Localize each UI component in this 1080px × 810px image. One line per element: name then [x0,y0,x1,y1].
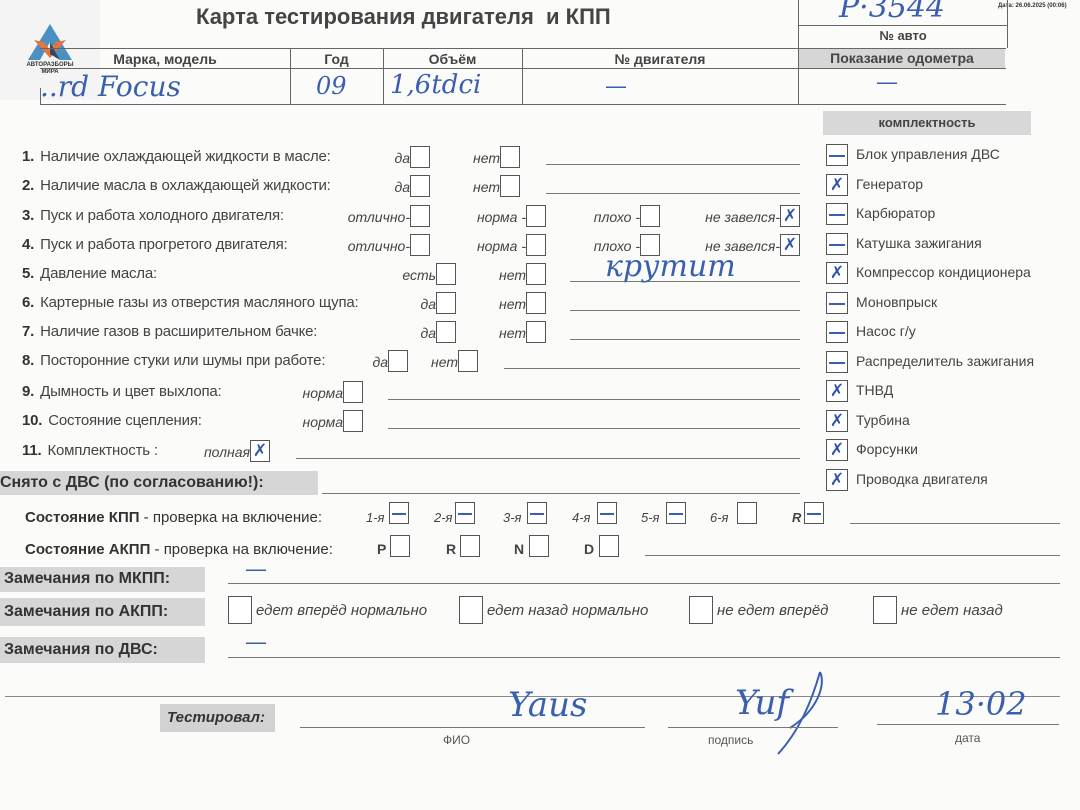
akpp-label-bold: Состояние АКПП [25,541,150,558]
option-label: отлично- [301,238,410,254]
gear-checkbox-1-я[interactable] [389,502,409,524]
option-checkbox[interactable] [526,234,546,256]
check-x-icon: ✗ [251,441,269,461]
option-label: плохо - [548,209,640,225]
note-field[interactable] [570,310,800,311]
mkpp-remarks-label: Замечания по МКПП: [4,570,170,588]
question-number: 2. [22,177,34,194]
mode-label: D [584,541,594,557]
option-label: полная [159,444,250,460]
question-4: 4.Пуск и работа прогретого двигателя: [22,236,288,253]
tested-label: Тестировал: [167,709,265,726]
kpp-label: Состояние КПП - проверка на включение: [25,509,322,526]
completeness-label: Блок управления ДВС [856,146,1000,162]
option-label: норма - [430,238,526,254]
option-checkbox[interactable] [410,205,430,227]
completeness-title: комплектность [823,111,1031,135]
col-model: Марка, модель [70,51,260,67]
question-number: 6. [22,294,34,311]
question-label: Картерные газы из отверстия масляного щу… [40,294,358,311]
gear-label: 1-я [366,510,385,525]
completeness-checkbox[interactable]: ✗ [826,439,848,461]
completeness-checkbox[interactable] [826,292,848,314]
volume-value[interactable]: 1,6tdci [390,70,481,100]
mode-label: P [377,541,386,557]
question-10: 10.Состояние сцепления: [22,412,202,429]
question-label: Комплектность : [47,442,157,459]
dash-mark-icon [827,352,847,372]
option-label: нет [386,354,458,370]
note-field[interactable] [388,428,800,429]
completeness-checkbox[interactable]: ✗ [826,380,848,402]
option-label: нет [428,179,500,195]
dash-mark-icon [456,503,474,523]
auto-number-box: P·3544 № авто [798,0,1008,48]
question-label: Пуск и работа холодного двигателя: [40,207,284,224]
tester-signature-caption: подпись [708,733,753,747]
year-value[interactable]: 09 [316,72,347,100]
note-field[interactable] [546,193,800,194]
gear-checkbox-3-я[interactable] [527,502,547,524]
completeness-label: Компрессор кондиционера [856,264,1031,280]
option-label: да [327,354,388,370]
question-7: 7.Наличие газов в расширительном бачке: [22,323,317,340]
dvs-remarks-label: Замечания по ДВС: [4,641,158,659]
akpp-note-field[interactable] [645,555,1060,556]
question-label: Наличие масла в охлаждающей жидкости: [40,177,331,194]
completeness-checkbox[interactable]: ✗ [826,410,848,432]
page-title: Карта тестирования двигателя и КПП [196,4,611,30]
question-label: Наличие охлаждающей жидкости в масле: [40,148,331,165]
test-date-caption: дата [955,731,980,745]
dash-mark-icon [827,293,847,313]
kpp-label-rest: - проверка на включение: [140,509,323,526]
option-checkbox[interactable]: ✗ [780,205,800,227]
akpp-label: Состояние АКПП - проверка на включение: [25,541,333,558]
check-x-icon: ✗ [827,470,847,490]
option-label: да [348,179,410,195]
option-label: да [373,325,436,341]
question-number: 10. [22,412,42,429]
gear-checkbox-4-я[interactable] [597,502,617,524]
option-checkbox[interactable] [410,175,430,197]
option-label: нет [454,267,526,283]
completeness-checkbox[interactable] [826,321,848,343]
gear-label: 2-я [434,510,453,525]
dash-mark-icon [805,503,823,523]
col-odometer: Показание одометра [799,50,1005,66]
tester-name-field[interactable] [300,727,645,728]
note-field[interactable] [388,399,800,400]
akpp-remark-label: не едет назад [901,602,1003,619]
kpp-label-bold: Состояние КПП [25,509,140,526]
question-6: 6.Картерные газы из отверстия масляного … [22,294,359,311]
question-8: 8.Посторонние стуки или шумы при работе: [22,352,325,369]
check-x-icon: ✗ [827,381,847,401]
mkpp-remarks-value[interactable]: — [245,557,267,582]
question-1: 1.Наличие охлаждающей жидкости в масле: [22,148,331,165]
question-3: 3.Пуск и работа холодного двигателя: [22,207,284,224]
removed-field[interactable] [322,493,800,494]
col-year: Год [290,51,383,67]
auto-number-value[interactable]: P·3544 [839,0,945,25]
question-label: Дымность и цвет выхлопа: [40,383,221,400]
removed-label: Снято с ДВС (по согласованию!): [0,474,264,492]
dash-mark-icon [827,234,847,254]
gear-checkbox-5-я[interactable] [666,502,686,524]
test-date-field[interactable] [877,724,1059,725]
option-label: есть [356,267,436,283]
dash-mark-icon [827,322,847,342]
completeness-checkbox[interactable] [826,203,848,225]
option-label: не завелся- [656,209,780,225]
option-checkbox[interactable] [526,205,546,227]
question-number: 5. [22,265,34,282]
model-value[interactable]: ..rd Focus [40,70,181,103]
completeness-checkbox[interactable] [826,351,848,373]
note-field[interactable] [546,164,800,165]
note-field[interactable] [296,458,800,459]
question-label: Посторонние стуки или шумы при работе: [40,352,325,369]
question-number: 4. [22,236,34,253]
completeness-label: Форсунки [856,441,918,457]
akpp-label-rest: - проверка на включение: [150,541,333,558]
question-number: 9. [22,383,34,400]
option-checkbox[interactable] [436,321,456,343]
option-checkbox[interactable] [343,381,363,403]
question-label: Давление масла: [40,265,157,282]
akpp-remarks-label: Замечания по АКПП: [4,603,168,621]
gear-checkbox-2-я[interactable] [455,502,475,524]
question-number: 7. [22,323,34,340]
dash-mark-icon [827,204,847,224]
completeness-checkbox[interactable] [826,144,848,166]
completeness-checkbox[interactable]: ✗ [826,262,848,284]
question-label: Состояние сцепления: [48,412,201,429]
akpp-remark-checkbox[interactable] [873,596,897,624]
mode-checkbox-N[interactable] [529,535,549,557]
option-checkbox[interactable] [526,292,546,314]
option-label: нет [454,325,526,341]
completeness-label: Распределитель зажигания [856,353,1034,369]
question-label: Пуск и работа прогретого двигателя: [40,236,287,253]
gear-checkbox-R[interactable] [804,502,824,524]
check-x-icon: ✗ [781,235,799,255]
odometer-value[interactable]: — [876,70,898,95]
option-label: норма [258,414,343,430]
option-checkbox[interactable] [343,410,363,432]
note-field[interactable] [570,339,800,340]
check-x-icon: ✗ [827,175,847,195]
option-label: да [348,150,410,166]
question-number: 1. [22,148,34,165]
check-x-icon: ✗ [781,206,799,226]
option-checkbox[interactable] [526,263,546,285]
gear-checkbox-6-я[interactable] [737,502,757,524]
dvs-remarks-value[interactable]: — [245,630,267,655]
option-label: нет [428,150,500,166]
option-checkbox[interactable] [410,234,430,256]
option-checkbox[interactable] [458,350,478,372]
completeness-checkbox[interactable] [826,233,848,255]
dash-mark-icon [827,145,847,165]
question-number: 3. [22,207,34,224]
tester-name-value[interactable]: Yaus [508,685,587,725]
question-label: Наличие газов в расширительном бачке: [40,323,317,340]
mode-label: R [446,541,456,557]
question-9: 9.Дымность и цвет выхлопа: [22,383,222,400]
dvs-remarks-field[interactable] [228,657,1060,658]
note-value[interactable]: крутит [605,249,736,284]
akpp-remark-checkbox[interactable] [689,596,713,624]
option-checkbox[interactable] [436,263,456,285]
gear-label: 6-я [710,510,729,525]
col-engine-number: № двигателя [522,51,798,67]
option-checkbox[interactable]: ✗ [780,234,800,256]
gear-label: 4-я [572,510,591,525]
question-11: 11.Комплектность : [22,442,158,459]
test-date-value[interactable]: 13·02 [935,685,1027,723]
dash-mark-icon [390,503,408,523]
gear-label: R [792,510,801,525]
question-number: 11. [22,442,41,459]
kpp-note-field[interactable] [850,523,1060,524]
mkpp-remarks-field[interactable] [228,583,1060,584]
question-5: 5.Давление масла: [22,265,157,282]
completeness-checkbox[interactable]: ✗ [826,174,848,196]
completeness-header: комплектность [823,111,1031,135]
mode-checkbox-D[interactable] [599,535,619,557]
check-x-icon: ✗ [827,440,847,460]
signature-stroke-icon [760,670,840,760]
dash-mark-icon [598,503,616,523]
option-label: нет [454,296,526,312]
engine-number-value[interactable]: — [605,74,627,99]
mode-label: N [514,541,524,557]
option-checkbox[interactable] [526,321,546,343]
option-label: да [373,296,436,312]
completeness-label: Моновпрыск [856,294,937,310]
completeness-checkbox[interactable]: ✗ [826,469,848,491]
check-x-icon: ✗ [827,411,847,431]
akpp-remark-checkbox[interactable] [459,596,483,624]
col-volume: Объём [383,51,522,67]
option-checkbox[interactable] [500,175,520,197]
dash-mark-icon [528,503,546,523]
completeness-label: Турбина [856,412,910,428]
mode-checkbox-P[interactable] [390,535,410,557]
header-table: Марка, модель Год Объём № двигателя Пока… [40,48,1006,105]
akpp-remark-label: едет вперёд нормально [256,602,427,619]
completeness-label: Генератор [856,176,923,192]
option-checkbox[interactable] [436,292,456,314]
option-checkbox[interactable] [410,146,430,168]
dash-mark-icon [667,503,685,523]
option-label: норма - [430,209,526,225]
auto-number-label: № авто [799,28,1007,43]
question-number: 8. [22,352,34,369]
option-checkbox[interactable]: ✗ [250,440,270,462]
option-label: отлично- [301,209,410,225]
check-x-icon: ✗ [827,263,847,283]
completeness-label: Катушка зажигания [856,235,982,251]
akpp-remark-label: не едет вперёд [717,602,828,619]
note-field[interactable] [504,368,800,369]
gear-label: 5-я [641,510,660,525]
tester-name-caption: ФИО [443,733,470,747]
completeness-label: Насос г/у [856,323,916,339]
tester-signature-field[interactable] [668,727,838,728]
akpp-remark-checkbox[interactable] [228,596,252,624]
option-label: норма [258,385,343,401]
completeness-label: Карбюратор [856,205,935,221]
completeness-label: Проводка двигателя [856,471,988,487]
mode-checkbox-R[interactable] [460,535,480,557]
question-2: 2.Наличие масла в охлаждающей жидкости: [22,177,331,194]
gear-label: 3-я [503,510,522,525]
date-stamp: Дата: 26.06.2025 (00:06) [998,3,1067,9]
completeness-label: ТНВД [856,382,893,398]
option-checkbox[interactable] [500,146,520,168]
akpp-remark-label: едет назад нормально [487,602,648,619]
